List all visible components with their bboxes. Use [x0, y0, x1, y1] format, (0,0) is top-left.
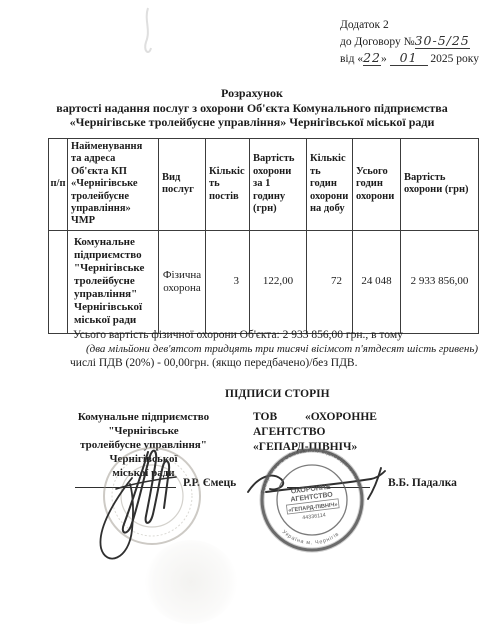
table-row: Комунальне підприємство "Чернігівське тр…: [49, 230, 479, 333]
left-signature-line: [75, 487, 176, 488]
title-line-2: вартості надання послуг з охорони Об'єкт…: [0, 101, 504, 116]
right-signature-line: [287, 487, 370, 488]
signatures-heading: ПІДПИСИ СТОРІН: [225, 388, 330, 400]
summary-total: Усього вартість фізичної охорони Об'єкта…: [73, 328, 403, 342]
appendix-block: Додаток 2 до Договору №30-5/25 від «22» …: [340, 18, 479, 67]
header-posts-count: Кількість постів: [206, 139, 250, 231]
scan-artifact-mark: [145, 8, 151, 52]
right-stamp-center-line3: «ГЕПАРД-ПІВНІЧ»: [288, 502, 338, 514]
cell-hours-per-day: 72: [307, 230, 353, 333]
right-stamp: Товариство з обмеженою відповідальністю …: [260, 448, 362, 550]
right-party-line-1: ТОВ «ОХОРОННЕ АГЕНТСТВО: [253, 410, 475, 440]
faint-stamp-impression: [145, 540, 237, 624]
document-title: Розрахунок вартості надання послуг з охо…: [0, 86, 504, 130]
table-header-row: п/п Найменування та адреса Об'єкта КП «Ч…: [49, 139, 479, 231]
header-object-name: Найменування та адреса Об'єкта КП «Черні…: [68, 139, 159, 231]
right-stamp-center-line1: ОХОРОННЕ: [290, 484, 331, 496]
left-party-line-1: Комунальне підприємство "Чернігівське: [47, 410, 240, 438]
right-stamp-ring-bottom-text: Україна м. Чернігів: [281, 529, 341, 546]
handwritten-contract-no: 30-5/25: [415, 33, 470, 49]
cell-total-cost: 2 933 856,00: [401, 230, 479, 333]
right-party-name: ТОВ «ОХОРОННЕ АГЕНТСТВО «ГЕПАРД-ПІВНІЧ»: [253, 410, 475, 455]
handwritten-day: 22: [363, 50, 381, 66]
contract-reference: до Договору №30-5/25: [340, 33, 479, 50]
summary-amount-in-words: (два мільйони дев'ятсот тридцять три тис…: [86, 342, 478, 356]
appendix-number: Додаток 2: [340, 18, 479, 33]
right-stamp-center-line2: АГЕНТСТВО: [290, 491, 334, 503]
cost-table: п/п Найменування та адреса Об'єкта КП «Ч…: [48, 138, 479, 334]
header-service-type: Вид послуг: [159, 139, 206, 231]
left-party-name: Комунальне підприємство "Чернігівське тр…: [47, 410, 240, 480]
header-total-cost: Вартість охорони (грн): [401, 139, 479, 231]
header-total-hours: Усього годин охорони: [353, 139, 401, 231]
cell-object-name: Комунальне підприємство "Чернігівське тр…: [68, 230, 159, 333]
cell-num: [49, 230, 68, 333]
cell-total-hours: 24 048: [353, 230, 401, 333]
cell-posts-count: 3: [206, 230, 250, 333]
right-signer-name: В.Б. Падалка: [388, 477, 457, 489]
right-signature: [248, 468, 385, 499]
header-num: п/п: [49, 139, 68, 231]
handwritten-month: 01: [390, 50, 428, 66]
summary-vat: числі ПДВ (20%) - 00,00грн. (якщо передб…: [70, 356, 357, 370]
right-stamp-code: 44336114: [302, 512, 326, 521]
header-hours-per-day: Кількість годин охорони на добу: [307, 139, 353, 231]
right-party-line-2: «ГЕПАРД-ПІВНІЧ»: [253, 440, 475, 455]
title-line-1: Розрахунок: [0, 86, 504, 101]
cell-rate-per-hour: 122,00: [250, 230, 307, 333]
header-rate-per-hour: Вартість охорони за 1 годину (грн): [250, 139, 307, 231]
left-signer-name: Р.Р. Ємець: [183, 477, 236, 489]
contract-date: від «22» 01 2025 року: [340, 50, 479, 67]
svg-text:Україна м. Чернігів: Україна м. Чернігів: [281, 529, 341, 546]
document-page: Додаток 2 до Договору №30-5/25 від «22» …: [0, 0, 504, 642]
left-party-line-2: тролейбусне управління" Чернігівської: [47, 438, 240, 466]
title-line-3: «Чернігівське тролейбусне управління» Че…: [0, 115, 504, 130]
cell-service-type: Фізична охорона: [159, 230, 206, 333]
